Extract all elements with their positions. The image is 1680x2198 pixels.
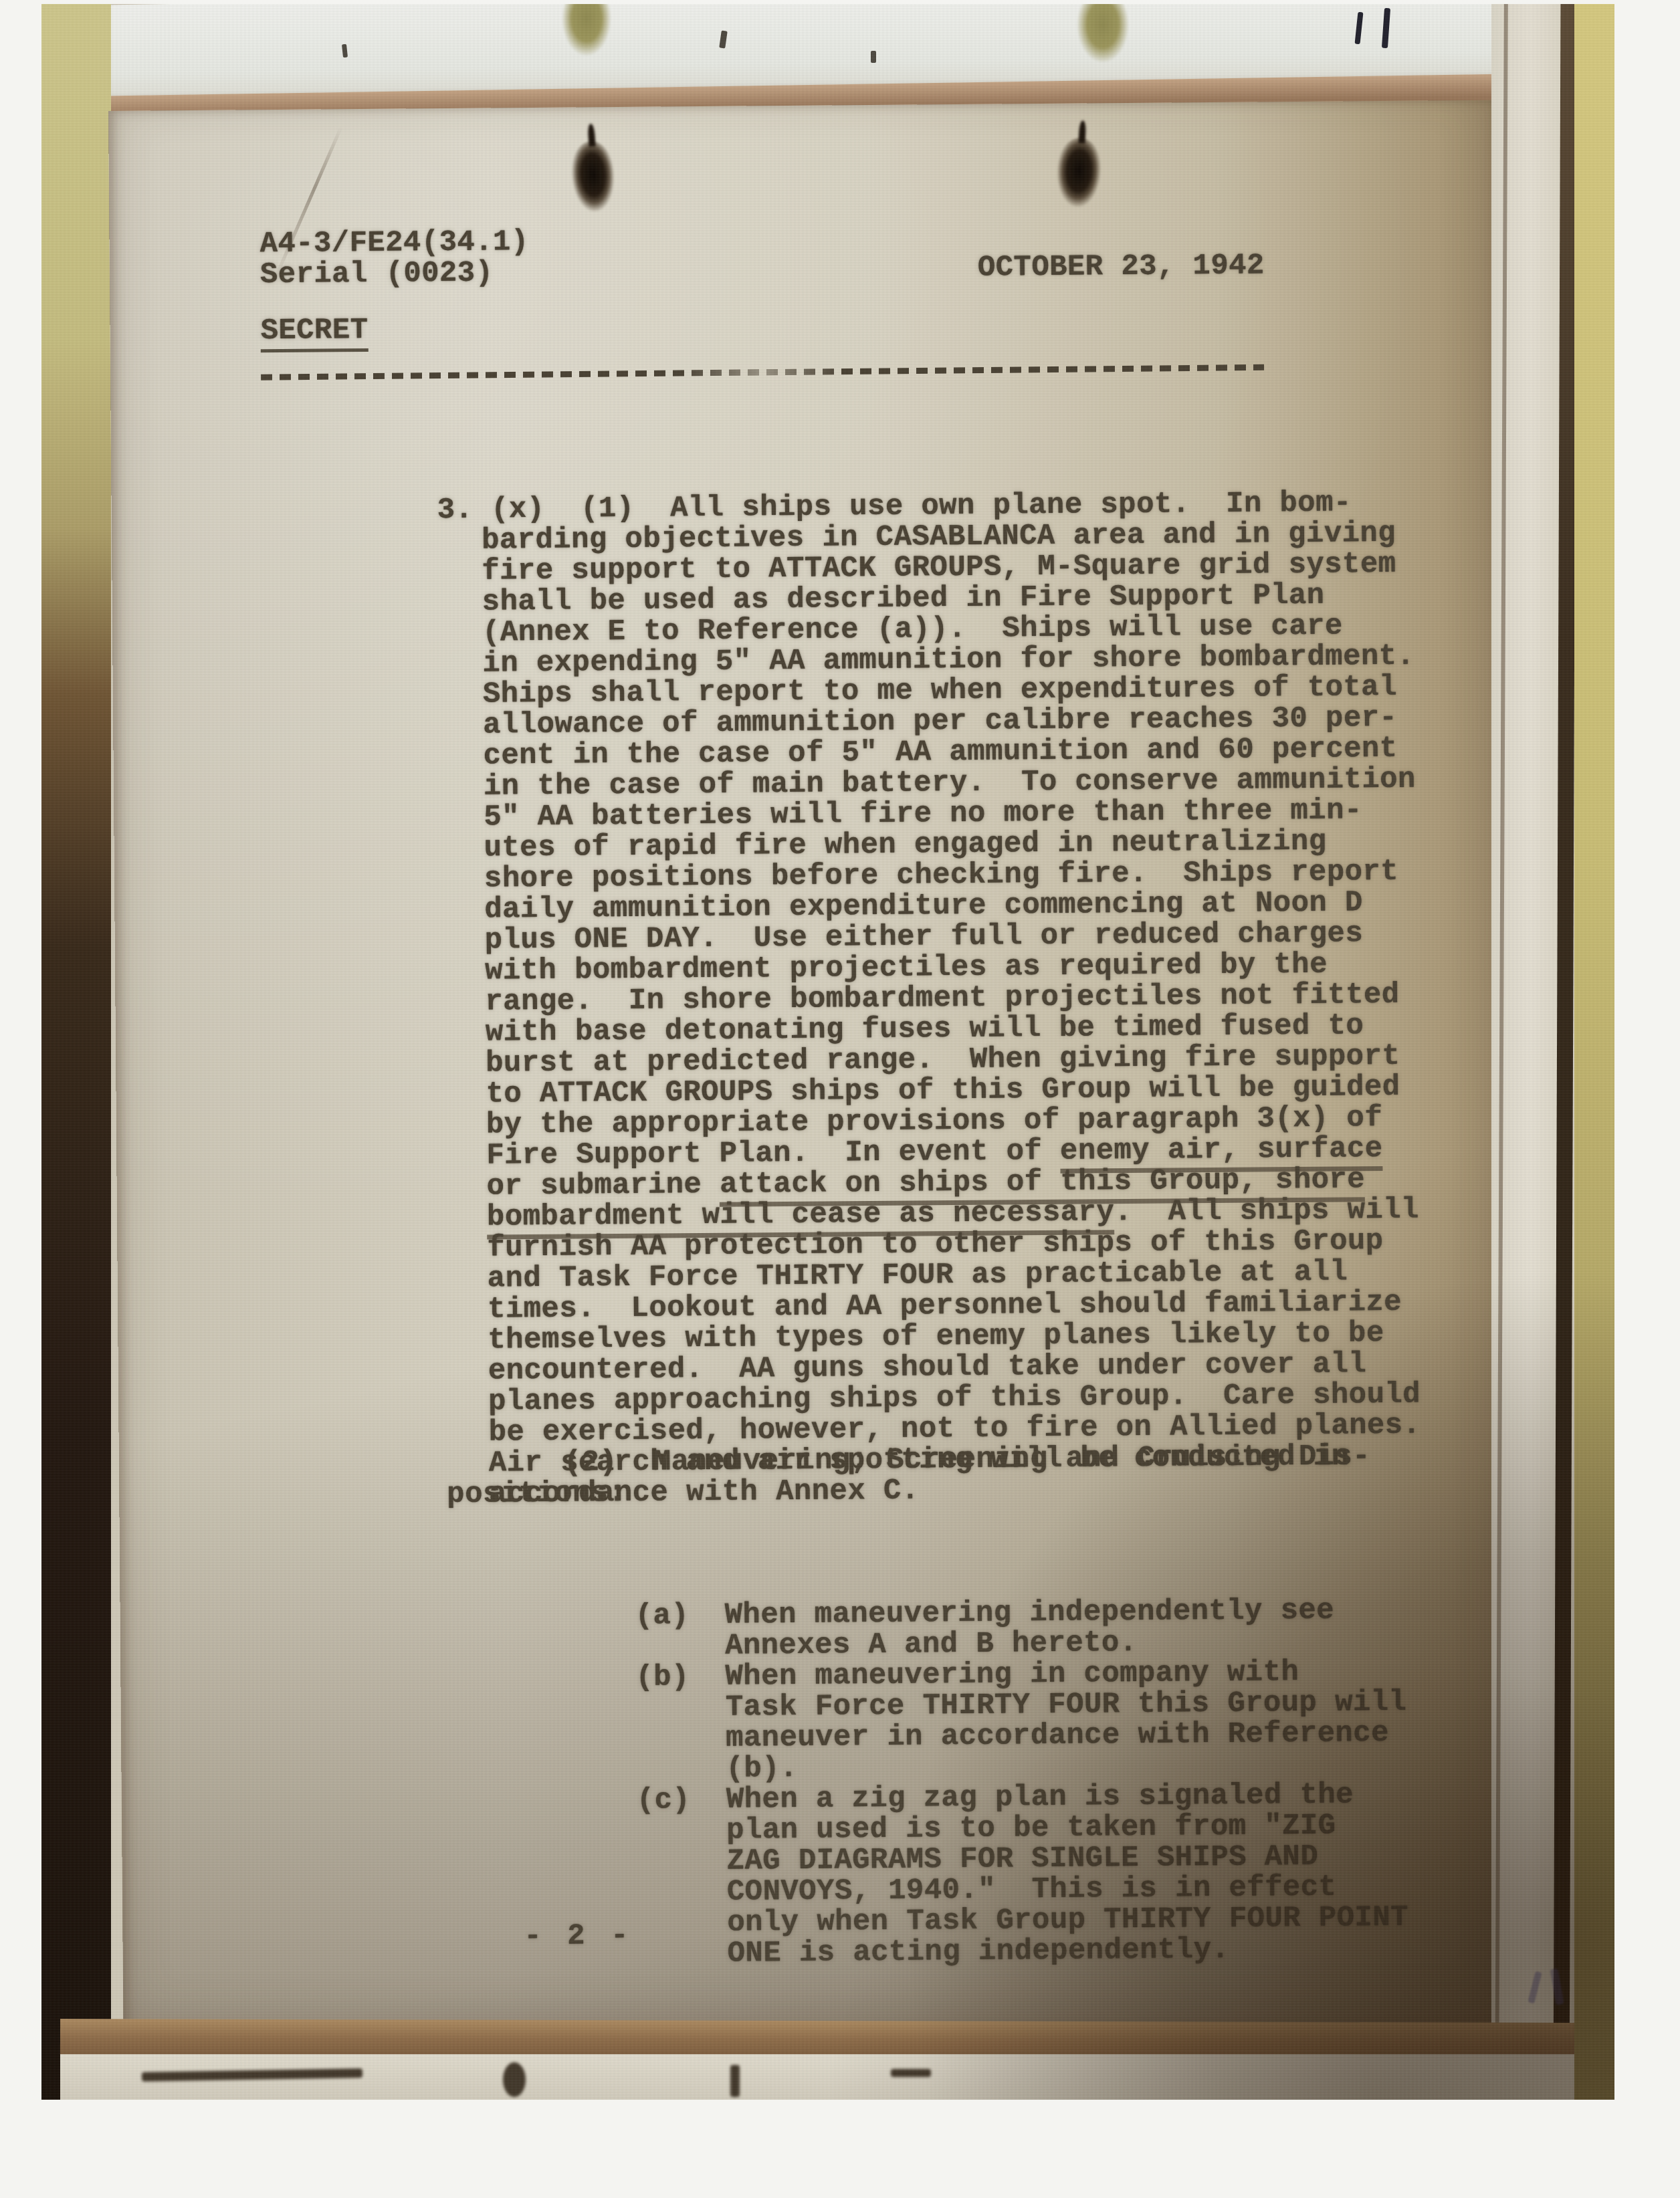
paragraph-3x1: 3. (x) (1) All ships use own plane spot.… [480, 395, 1421, 1510]
photo-left-margin-strip [41, 4, 111, 2100]
edge-smudge [891, 2069, 931, 2077]
paragraph-2-heading: (2) Maneuvering; Screening and Cruising … [564, 1441, 1371, 1478]
dashed-rule [261, 364, 1264, 380]
ink-speck [871, 51, 876, 63]
file-reference-line-1: A4-3/FE24(34.1) [259, 225, 528, 261]
classification-stamp: SECRET [260, 315, 368, 352]
document-date: OCTOBER 23, 1942 [978, 250, 1265, 283]
sub-paragraph-list: (a) When maneuvering independently see A… [634, 1503, 1408, 1970]
binder-khaki-strip [1574, 4, 1614, 2100]
document-photo: A4-3/FE24(34.1) Serial (0023) OCTOBER 23… [41, 4, 1614, 2100]
paragraph-2-heading-wrap: positions: [447, 1478, 626, 1510]
file-reference-line-2: Serial (0023) [260, 256, 494, 292]
edge-smudge [503, 2062, 526, 2097]
page-number: - 2 - [524, 1920, 632, 1952]
edge-smudge [730, 2065, 740, 2097]
document-page: A4-3/FE24(34.1) Serial (0023) OCTOBER 23… [108, 100, 1507, 2037]
page-stack-bottom-edge [60, 2019, 1574, 2059]
file-reference: A4-3/FE24(34.1) Serial (0023) [259, 227, 529, 290]
text-line: ONE is acting independently. [637, 1933, 1408, 1970]
